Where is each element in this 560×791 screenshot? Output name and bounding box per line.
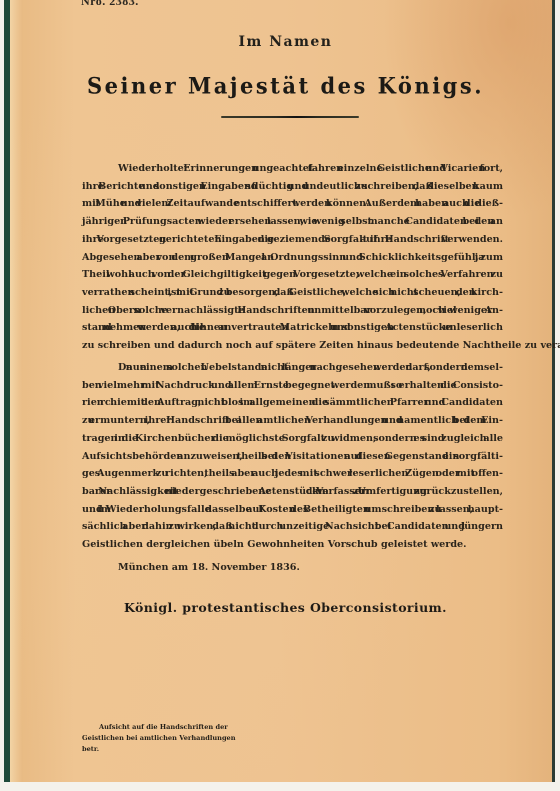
document-page: Nro. 2383. Im Namen Seiner Majestät des … (4, 0, 555, 782)
paragraph-2: Da nun einem solchen Uebelstande nicht l… (82, 359, 503, 554)
subject-line: Aufsicht auf die Handschriften der (82, 722, 242, 733)
paragraph-line: Aufsichtsbehörden anzuweisen, theils bei… (82, 448, 503, 466)
subject-note: Aufsicht auf die Handschriften der Geist… (82, 722, 242, 756)
paragraph-line: mit Mühe und vielem Zeitaufwande entschi… (82, 195, 503, 213)
paragraph-line: zu ermuntern, ihrer Handschrift bei alle… (82, 412, 503, 430)
paragraph-line: sächlich aber dahin zu wirken, daß nicht… (82, 518, 503, 536)
paragraph-line: Da nun einem solchen Uebelstande nicht l… (82, 359, 503, 377)
paragraph-line: ihre Berichte und sonstigen Eingaben so … (82, 178, 503, 196)
subject-line: Geistlichen bei amtlichen Verhandlungen (82, 733, 242, 744)
heading-im-namen: Im Namen (10, 34, 560, 50)
paragraph-line: ges Augenmerk zu richten, theils aber au… (82, 465, 503, 483)
ornamental-rule (221, 116, 359, 118)
date-line: München am 18. November 1836. (118, 562, 300, 573)
paragraph-line: ihre Vorgesetzten gerichteten Eingaben d… (82, 231, 503, 249)
paragraph-1: Wiederholter Erinnerungen ungeachtet fah… (82, 160, 503, 355)
subject-line: betr. (82, 744, 242, 755)
paragraph-line: Wiederholter Erinnerungen ungeachtet fah… (82, 160, 503, 178)
paragraph-line: zu schreiben und dadurch noch auf später… (82, 337, 503, 355)
paragraph-line: tragen in die Kirchenbücher die möglichs… (82, 430, 503, 448)
paragraph-line: und im Wiederholungsfalle dasselbe auf K… (82, 501, 503, 519)
paragraph-line: stand nehmen werden, auch die ihnen anve… (82, 319, 503, 337)
signature-authority: Königl. protestantisches Oberconsistoriu… (10, 600, 560, 615)
paragraph-line: verrathen scheint, ist mit Grund zu beso… (82, 284, 503, 302)
paragraph-line: Geistlichen dergleichen übeln Gewohnheit… (82, 536, 503, 554)
paragraph-line: barer Nachlässigkeit niedergeschriebene … (82, 483, 503, 501)
heading-majesty: Seiner Majestät des Königs. (10, 72, 560, 99)
document-number: Nro. 2383. (81, 0, 139, 9)
paragraph-line: Abgesehen aber von dem großen Mangel an … (82, 249, 503, 267)
paragraph-line: rien rc. hiemit den Auftrag, nicht blos … (82, 394, 503, 412)
paragraph-line: lichen Obern solche vernachlässigte Hand… (82, 302, 503, 320)
paragraph-line: jährigen Prüfungsacten wieder ersehen la… (82, 213, 503, 231)
paragraph-line: Theil wohl auch von der Gleichgiltigkeit… (82, 266, 503, 284)
paragraph-line: ben vielmehr mit Nachdruck und allem Ern… (82, 377, 503, 395)
